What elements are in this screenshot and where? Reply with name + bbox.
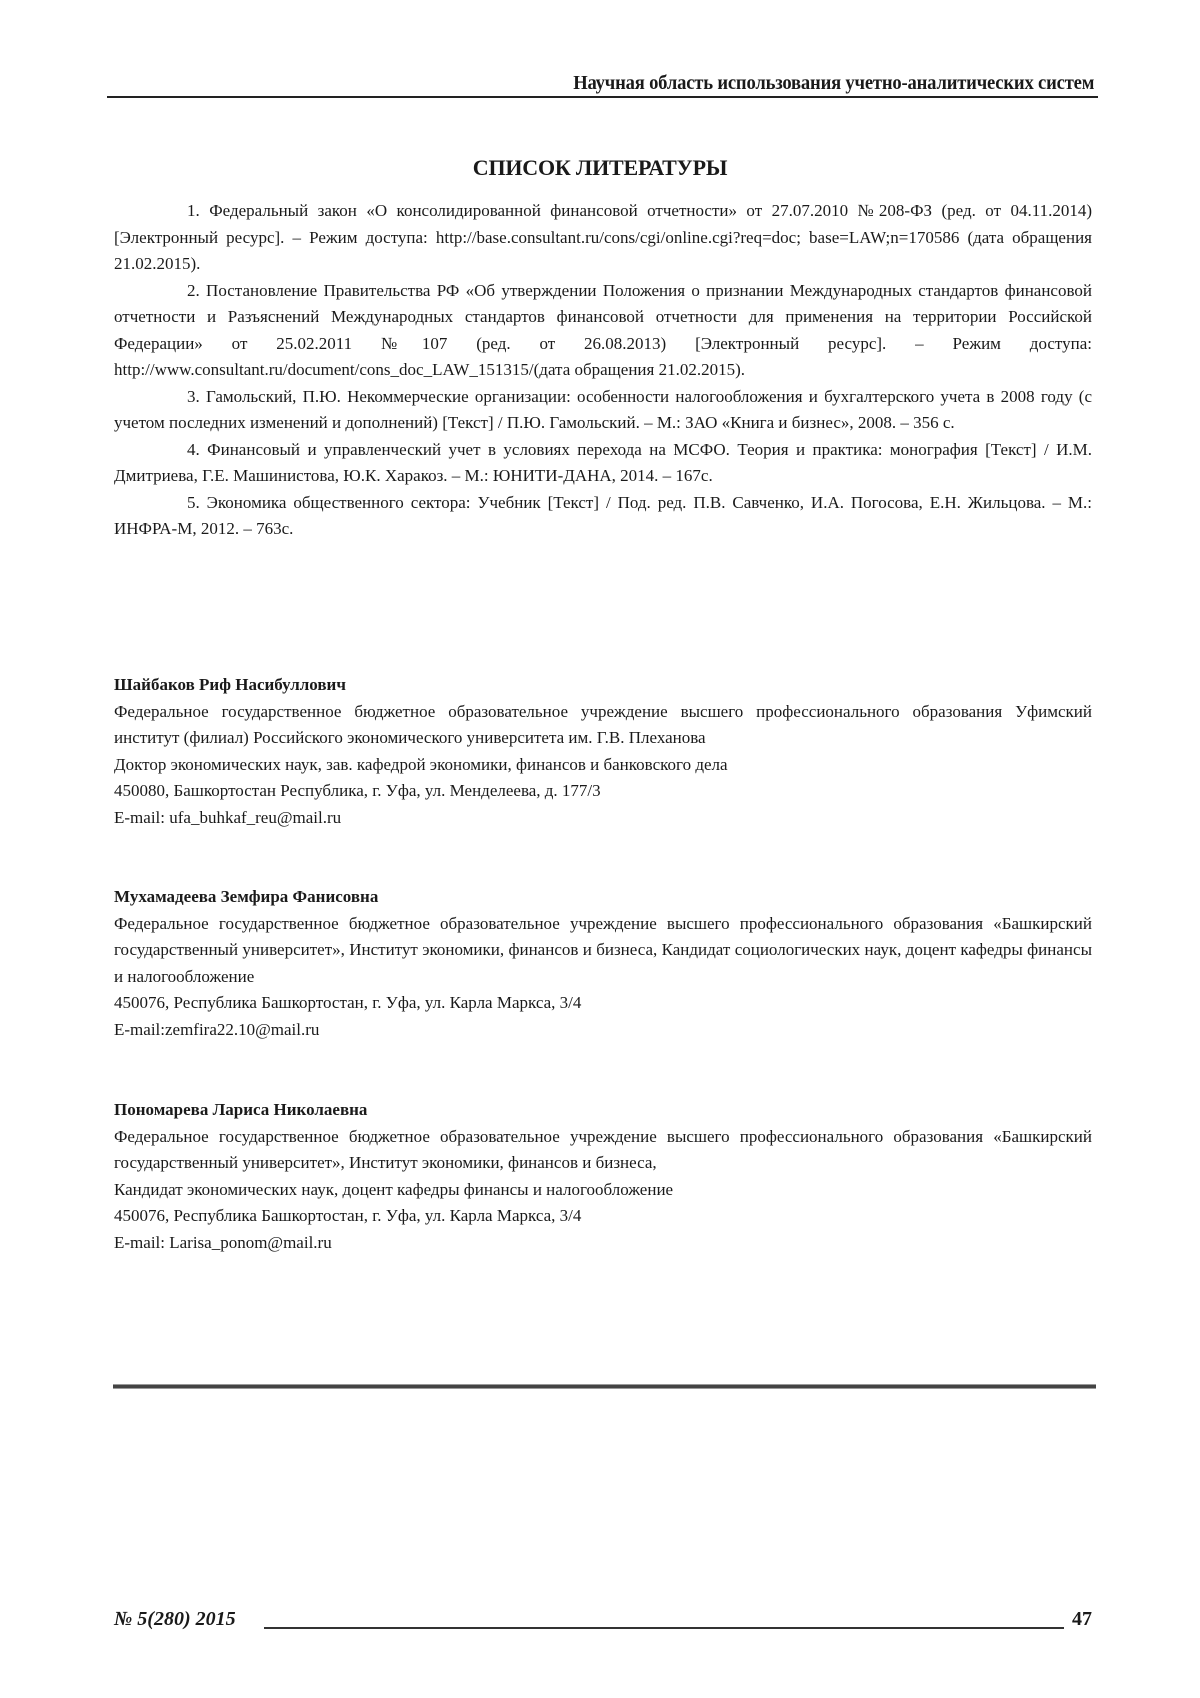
reference-item: 4. Финансовый и управленческий учет в ус… [114,437,1092,490]
issue-number: № 5(280) 2015 [114,1608,236,1631]
page-footer: № 5(280) 2015 47 [114,1608,1092,1638]
page-header: Научная область использования учетно-ана… [107,68,1098,98]
author-email: E-mail:zemfira22.10@mail.ru [114,1017,1092,1044]
author-block: Мухамадеева Земфира Фанисовна Федерально… [114,884,1092,1043]
author-position: Кандидат экономических наук, доцент кафе… [114,1177,1092,1204]
reference-list: 1. Федеральный закон «О консолидированно… [114,198,1092,543]
author-address: 450080, Башкортостан Республика, г. Уфа,… [114,778,1092,805]
author-name: Пономарева Лариса Николаевна [114,1097,1092,1124]
author-affiliation: Федеральное государственное бюджетное об… [114,699,1092,752]
author-position: Доктор экономических наук, зав. кафедрой… [114,752,1092,779]
author-block: Пономарева Лариса Николаевна Федеральное… [114,1097,1092,1256]
author-name: Шайбаков Риф Насибуллович [114,672,1092,699]
footer-rule [264,1627,1064,1629]
reference-item: 1. Федеральный закон «О консолидированно… [114,198,1092,278]
author-email: E-mail: ufa_buhkaf_reu@mail.ru [114,805,1092,832]
running-title: Научная область использования учетно-ана… [573,72,1094,95]
reference-item: 3. Гамольский, П.Ю. Некоммерческие орган… [114,384,1092,437]
author-affiliation: Федеральное государственное бюджетное об… [114,1124,1092,1177]
author-block: Шайбаков Риф Насибуллович Федеральное го… [114,672,1092,831]
page-number: 47 [1072,1608,1092,1631]
author-email: E-mail: Larisa_ponom@mail.ru [114,1230,1092,1257]
section-title: СПИСОК ЛИТЕРАТУРЫ [0,155,1200,181]
author-address: 450076, Республика Башкортостан, г. Уфа,… [114,1203,1092,1230]
author-name: Мухамадеева Земфира Фанисовна [114,884,1092,911]
author-address: 450076, Республика Башкортостан, г. Уфа,… [114,990,1092,1017]
author-affiliation: Федеральное государственное бюджетное об… [114,911,1092,991]
reference-item: 5. Экономика общественного сектора: Учеб… [114,490,1092,543]
reference-item: 2. Постановление Правительства РФ «Об ут… [114,278,1092,384]
bottom-divider [113,1384,1096,1389]
